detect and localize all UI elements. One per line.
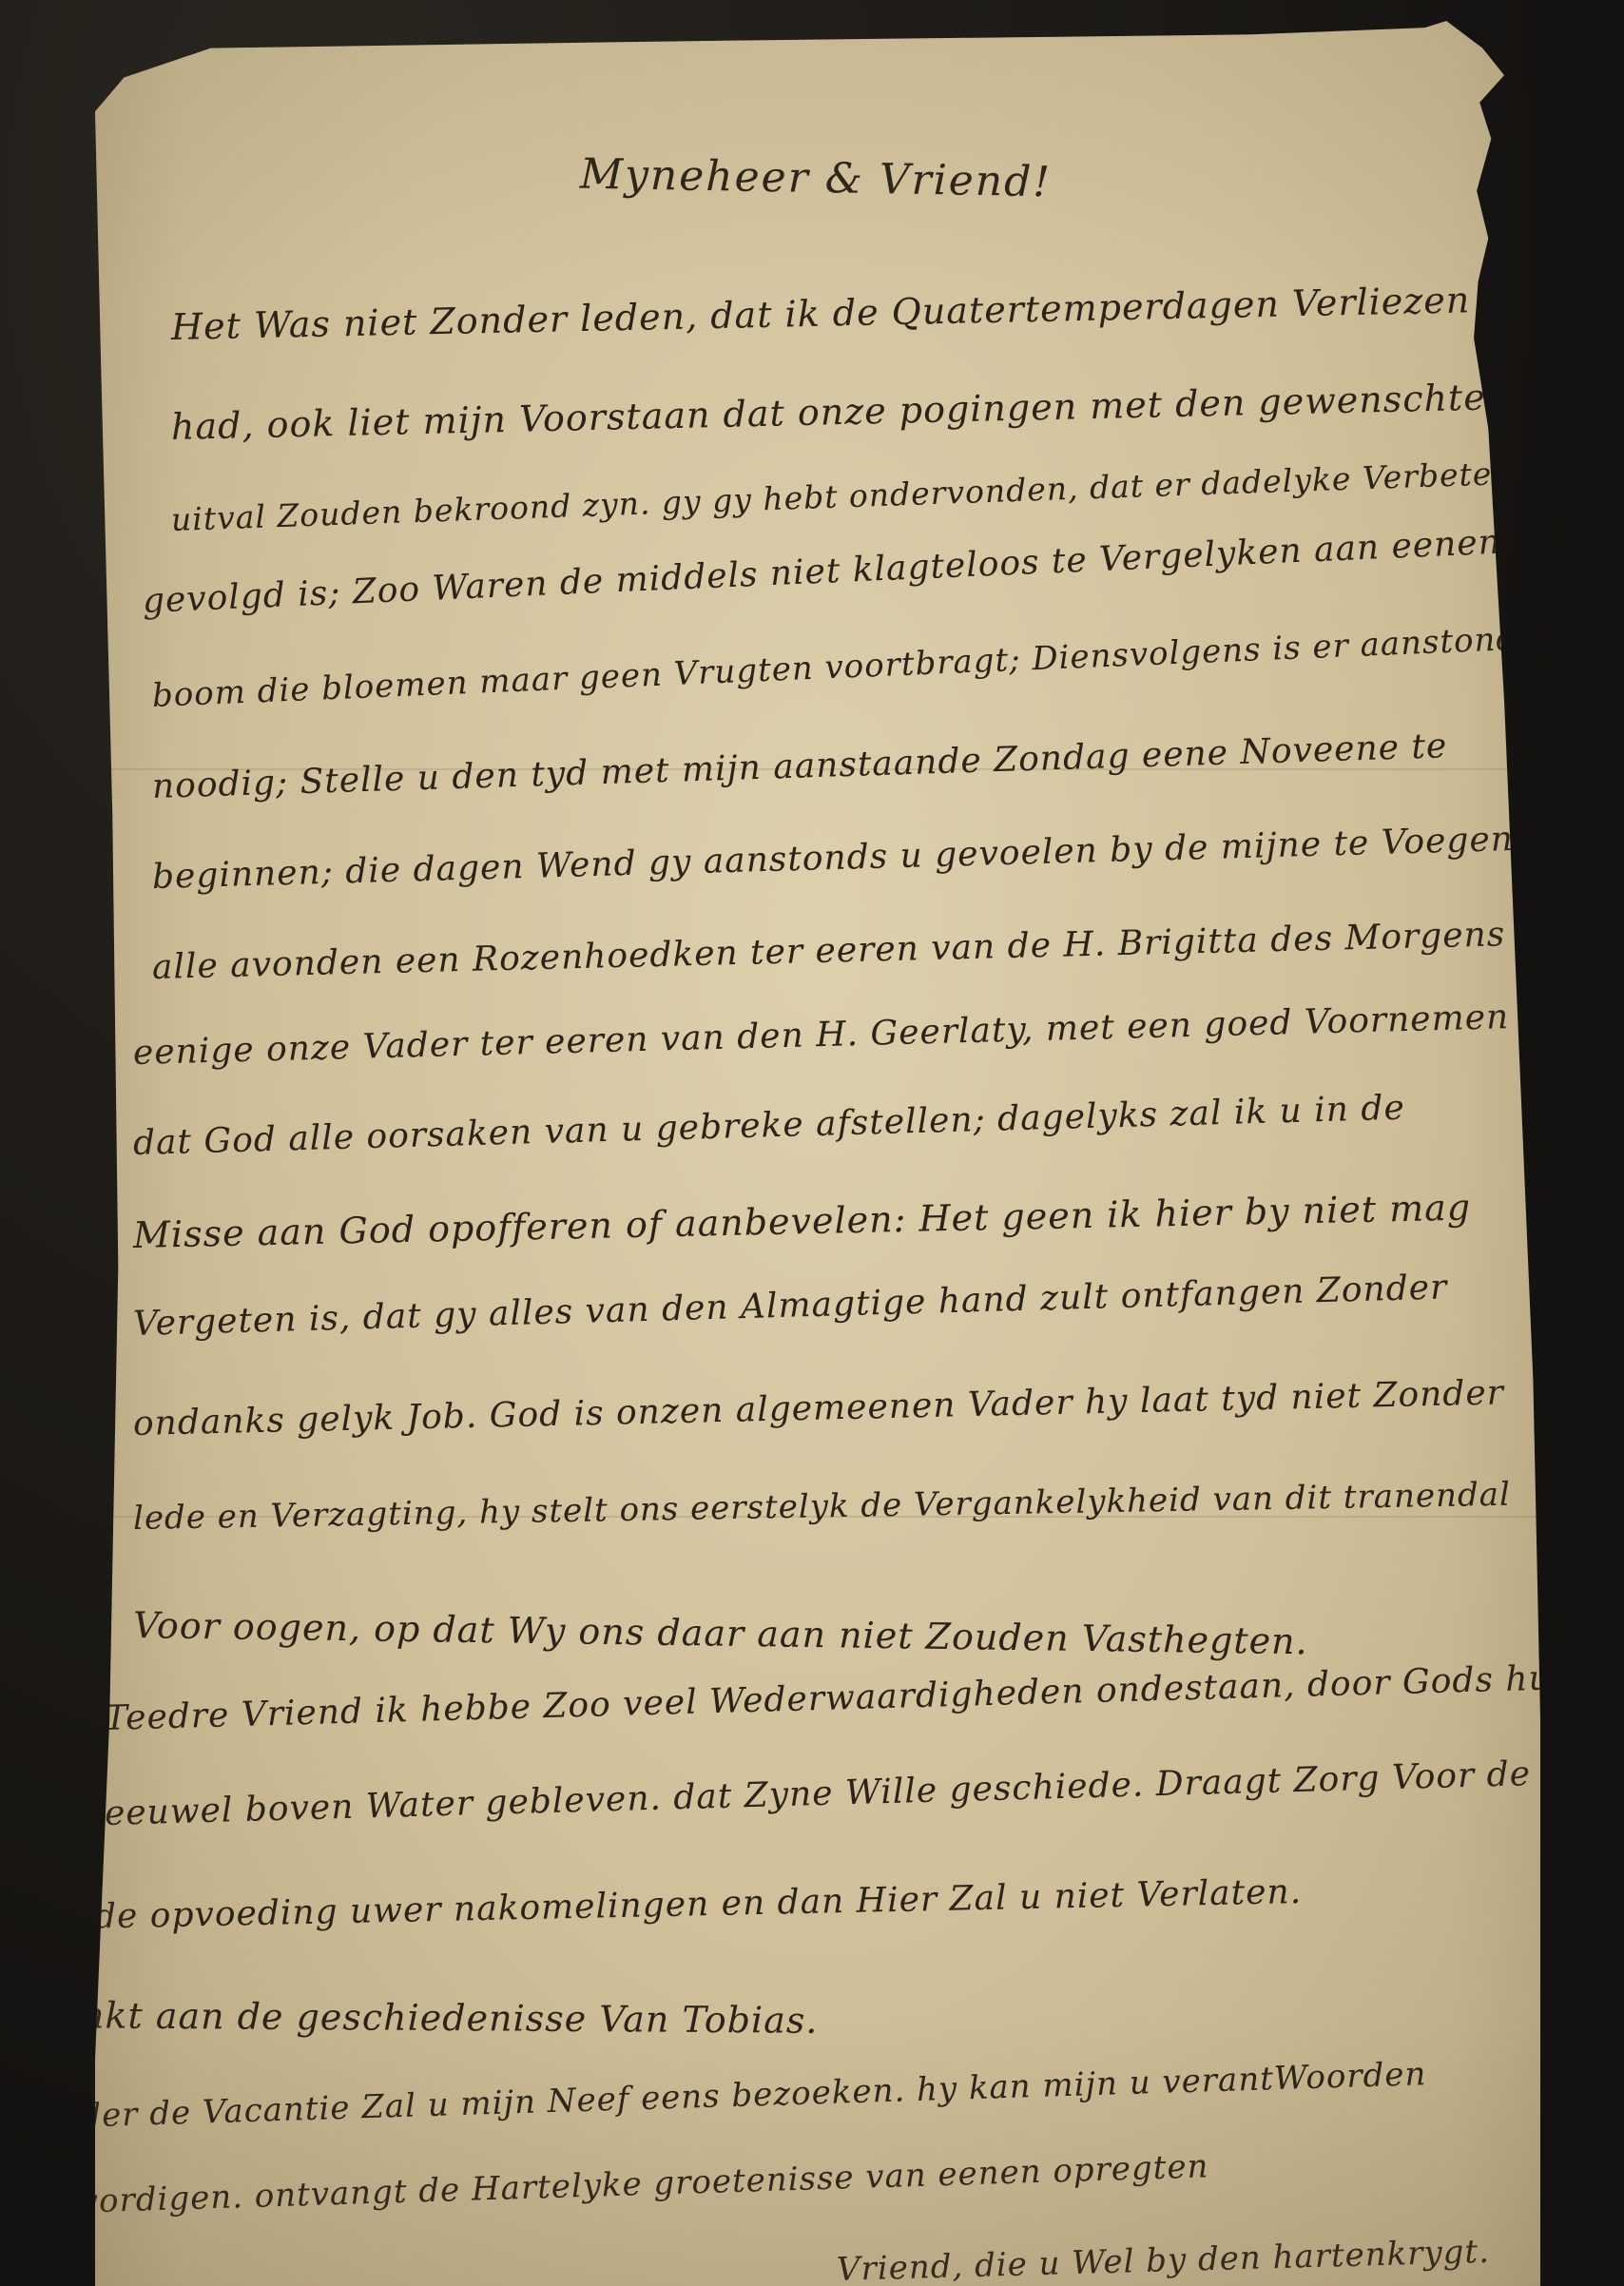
letter-paper: Myneheer & Vriend! Het Was niet Zonder l… <box>95 21 1540 2286</box>
letter-line: noodig; Stelle u den tyd met mijn aansta… <box>151 726 1447 806</box>
letter-line: alle avonden een Rozenhoedken ter eeren … <box>151 915 1505 987</box>
letter-line: bevordigen. ontvangt de Hartelyke groete… <box>37 2147 1209 2222</box>
letter-line: uitval Zouden bekroond zyn. gy gy hebt o… <box>170 453 1561 538</box>
letter-line: had, ook liet mijn Voorstaan dat onze po… <box>171 376 1511 448</box>
letter-line: Het Was niet Zonder leden, dat ik de Qua… <box>171 279 1471 348</box>
letter-line: Teedre Vriend ik hebbe Zoo veel Wederwaa… <box>104 1657 1608 1738</box>
letter-line: onder de Vacantie Zal u mijn Neef eens b… <box>37 2055 1427 2137</box>
letter-line: dat God alle oorsaken van u gebreke afst… <box>132 1089 1405 1163</box>
letter-line: ondanks gelyk Job. God is onzen algemeen… <box>133 1373 1505 1443</box>
letter-line: Misse aan God opofferen of aanbevelen: H… <box>133 1187 1472 1256</box>
letter-line: Vergeten is, dat gy alles van den Almagt… <box>132 1268 1447 1344</box>
letter-line: beginnen; die dagen Wend gy aanstonds u … <box>151 820 1525 897</box>
letter-salutation: Myneheer & Vriend! <box>580 150 1053 207</box>
letter-line: Denkt aan de geschiedenisse Van Tobias. <box>29 1994 819 2042</box>
letter-line: eeuwel boven Water gebleven. dat Zyne Wi… <box>104 1754 1531 1833</box>
letter-line: boom die bloemen maar geen Vrugten voort… <box>151 617 1573 715</box>
letter-closing: Vriend, die u Wel by den hartenkrygt. <box>836 2233 1490 2286</box>
letter-line: eenige onze Vader ter eeren van den H. G… <box>132 998 1509 1073</box>
letter-line: lede en Verzagting, hy stelt ons eerstel… <box>133 1476 1512 1538</box>
letter-line: Voor oogen, op dat Wy ons daar aan niet … <box>133 1604 1308 1662</box>
handwritten-letter: Myneheer & Vriend! Het Was niet Zonder l… <box>95 21 1540 2286</box>
letter-line: goede opvoeding uwer nakomelingen en dan… <box>29 1872 1303 1938</box>
letter-line: gevolgd is; Zoo Waren de middels niet kl… <box>142 523 1501 621</box>
